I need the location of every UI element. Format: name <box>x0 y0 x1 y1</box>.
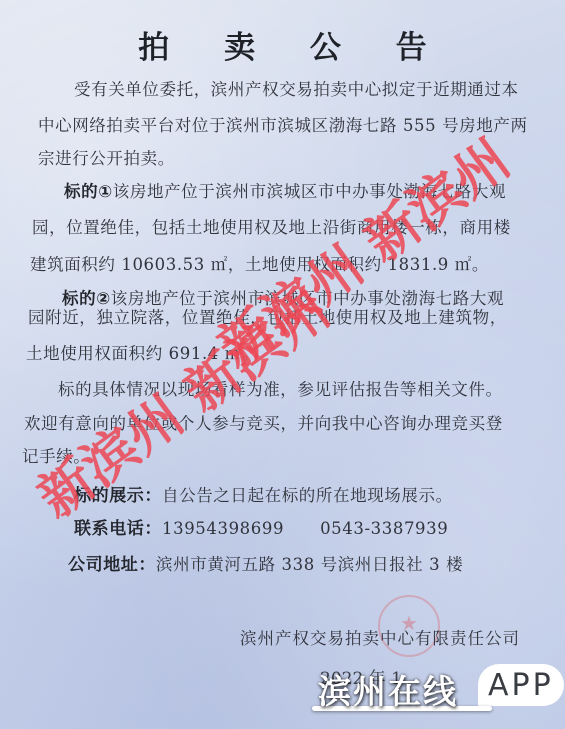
address-label: 公司地址： <box>68 555 156 575</box>
paper-background <box>0 0 565 729</box>
address-row: 公司地址：滨州市黄河五路 338 号滨州日报社 3 楼 <box>68 550 463 575</box>
logo-badge-text: APP <box>488 668 554 703</box>
phone-row: 联系电话：139543986990543-3387939 <box>74 514 448 539</box>
lot1-line-3: 建筑面积约 10603.53 ㎡，土地使用权面积约 1831.9 ㎡。 <box>30 251 489 275</box>
intro-line-1: 受有关单位委托，滨州产权交易拍卖中心拟定于近期通过本 <box>74 76 519 100</box>
display-row: 标的展示：自公告之日起在标的所在地现场展示。 <box>74 481 453 506</box>
page-title: 拍 卖 公 告 <box>0 22 565 67</box>
details-line-1: 标的具体情况以现场看样为准，参见评估报告等相关文件。 <box>58 376 503 400</box>
display-value: 自公告之日起在标的所在地现场展示。 <box>162 486 453 505</box>
lot2-line-2: 园附近，独立院落，位置绝佳，包括土地使用权及地上建筑物， <box>28 304 507 328</box>
address-value: 滨州市黄河五路 338 号滨州日报社 3 楼 <box>156 555 463 574</box>
lot1-line-1-text: 该房地产位于滨州市滨城区市中办事处渤海七路大观 <box>113 182 506 201</box>
intro-line-3: 宗进行公开拍卖。 <box>38 145 175 169</box>
app-logo: 滨州在线 APP <box>300 662 565 712</box>
display-label: 标的展示： <box>74 486 162 506</box>
logo-text: 滨州在线 <box>318 666 458 713</box>
lot1-line-2: 园，位置绝佳，包括土地使用权及地上沿街商用楼一栋，商用楼 <box>32 214 511 238</box>
intro-line-2: 中心网络拍卖平台对位于滨州市滨城区渤海七路 555 号房地产两 <box>38 112 528 136</box>
lot1-line-1: 标的①该房地产位于滨州市滨城区市中办事处渤海七路大观 <box>64 178 506 202</box>
lot2-line-3: 土地使用权面积约 691.4 ㎡。 <box>26 340 259 364</box>
lot1-label: 标的① <box>64 182 113 201</box>
phone-label: 联系电话： <box>74 519 162 539</box>
signature-company: 滨州产权交易拍卖中心有限责任公司 <box>240 625 520 649</box>
details-line-2: 欢迎有意向的单位或个人参与竞买，并向我中心咨询办理竞买登 <box>24 410 503 434</box>
phone-landline: 0543-3387939 <box>320 519 448 538</box>
phone-mobile: 13954398699 <box>162 519 284 538</box>
details-line-3: 记手续。 <box>22 443 90 467</box>
